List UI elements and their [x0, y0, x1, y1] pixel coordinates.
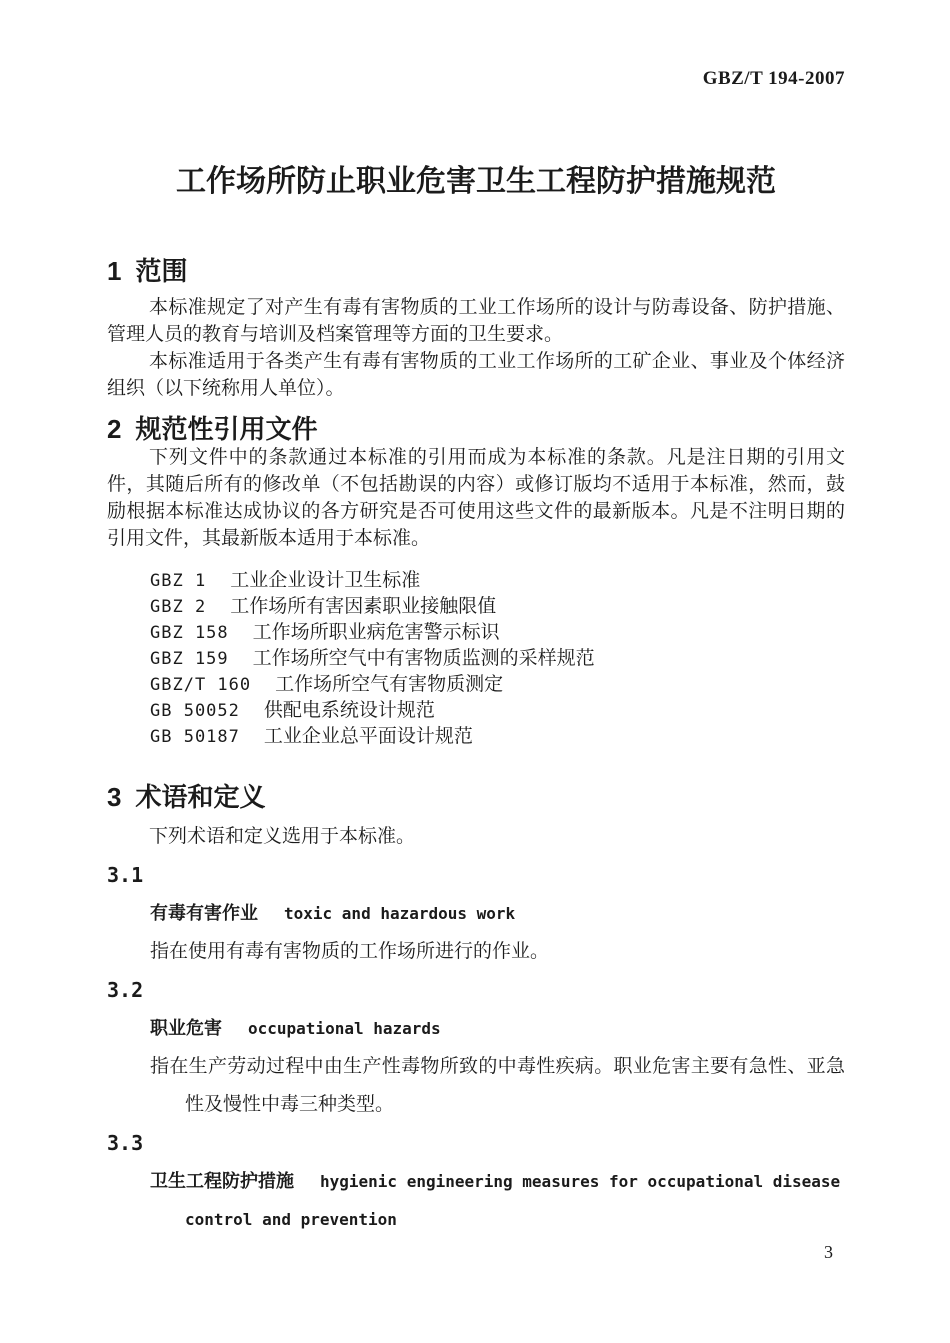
section-1-paragraph-1: 本标准规定了对产生有毒有害物质的工业工作场所的设计与防毒设备、防护措施、管理人员…: [107, 294, 845, 348]
section-3-title: 术语和定义: [135, 782, 265, 812]
reference-item: GBZ 1工业企业设计卫生标准: [150, 568, 845, 594]
section-2-title: 规范性引用文件: [135, 414, 317, 444]
section-1-title: 范围: [135, 256, 187, 286]
term-english: occupational hazards: [248, 1019, 441, 1038]
term-chinese: 有毒有害作业: [150, 903, 258, 923]
reference-title: 工作场所职业病危害警示标识: [253, 622, 500, 643]
reference-code: GB 50052: [150, 701, 240, 721]
term-number: 3.1: [107, 856, 845, 894]
reference-item: GBZ 2工作场所有害因素职业接触限值: [150, 594, 845, 620]
standard-code: GBZ/T 194-2007: [107, 68, 845, 90]
reference-title: 工作场所空气中有害物质监测的采样规范: [253, 648, 595, 669]
section-3-number: 3: [107, 782, 121, 812]
reference-code: GBZ 158: [150, 623, 229, 643]
reference-code: GB 50187: [150, 727, 240, 747]
reference-item: GB 50052供配电系统设计规范: [150, 698, 845, 724]
section-2-number: 2: [107, 414, 121, 444]
terms-and-definitions: 下列术语和定义选用于本标准。 3.1 有毒有害作业toxic and hazar…: [107, 818, 845, 1239]
normative-references-list: GBZ 1工业企业设计卫生标准 GBZ 2工作场所有害因素职业接触限值 GBZ …: [107, 568, 845, 750]
section-1-heading: 1范围: [107, 256, 845, 286]
term-english: toxic and hazardous work: [284, 904, 515, 923]
section-1-paragraph-2: 本标准适用于各类产生有毒有害物质的工业工作场所的工矿企业、事业及个体经济组织（以…: [107, 348, 845, 402]
term-number: 3.2: [107, 971, 845, 1009]
reference-title: 工作场所有害因素职业接触限值: [230, 596, 496, 617]
document-page: GBZ/T 194-2007 工作场所防止职业危害卫生工程防护措施规范 1范围 …: [0, 0, 950, 1343]
term-definition: 指在生产劳动过程中由生产性毒物所致的中毒性疾病。职业危害主要有急性、亚急性及慢性…: [107, 1048, 845, 1124]
term-number: 3.3: [107, 1124, 845, 1162]
reference-title: 供配电系统设计规范: [264, 700, 435, 721]
term-chinese: 卫生工程防护措施: [150, 1171, 294, 1191]
reference-title: 工业企业设计卫生标准: [230, 570, 420, 591]
section-2-paragraph-1: 下列文件中的条款通过本标准的引用而成为本标准的条款。凡是注日期的引用文件，其随后…: [107, 444, 845, 552]
reference-code: GBZ 1: [150, 571, 206, 591]
reference-item: GBZ 158工作场所职业病危害警示标识: [150, 620, 845, 646]
page-number: 3: [824, 1242, 833, 1262]
reference-item: GBZ 159工作场所空气中有害物质监测的采样规范: [150, 646, 845, 672]
term-heading: 职业危害occupational hazards: [107, 1009, 845, 1048]
reference-title: 工作场所空气有害物质测定: [275, 674, 503, 695]
reference-title: 工业企业总平面设计规范: [264, 726, 473, 747]
document-title: 工作场所防止职业危害卫生工程防护措施规范: [107, 156, 845, 200]
term-heading: 有毒有害作业toxic and hazardous work: [107, 894, 845, 933]
term-chinese: 职业危害: [150, 1018, 222, 1038]
term-definition: 指在使用有毒有害物质的工作场所进行的作业。: [107, 933, 845, 971]
section-3-heading: 3术语和定义: [107, 782, 845, 812]
reference-item: GBZ/T 160工作场所空气有害物质测定: [150, 672, 845, 698]
section-2-heading: 2规范性引用文件: [107, 414, 845, 444]
term-heading: 卫生工程防护措施hygienic engineering measures fo…: [107, 1162, 845, 1239]
reference-item: GB 50187工业企业总平面设计规范: [150, 724, 845, 750]
terms-intro: 下列术语和定义选用于本标准。: [107, 818, 845, 856]
section-1-number: 1: [107, 256, 121, 286]
reference-code: GBZ 159: [150, 649, 229, 669]
reference-code: GBZ/T 160: [150, 675, 251, 695]
reference-code: GBZ 2: [150, 597, 206, 617]
